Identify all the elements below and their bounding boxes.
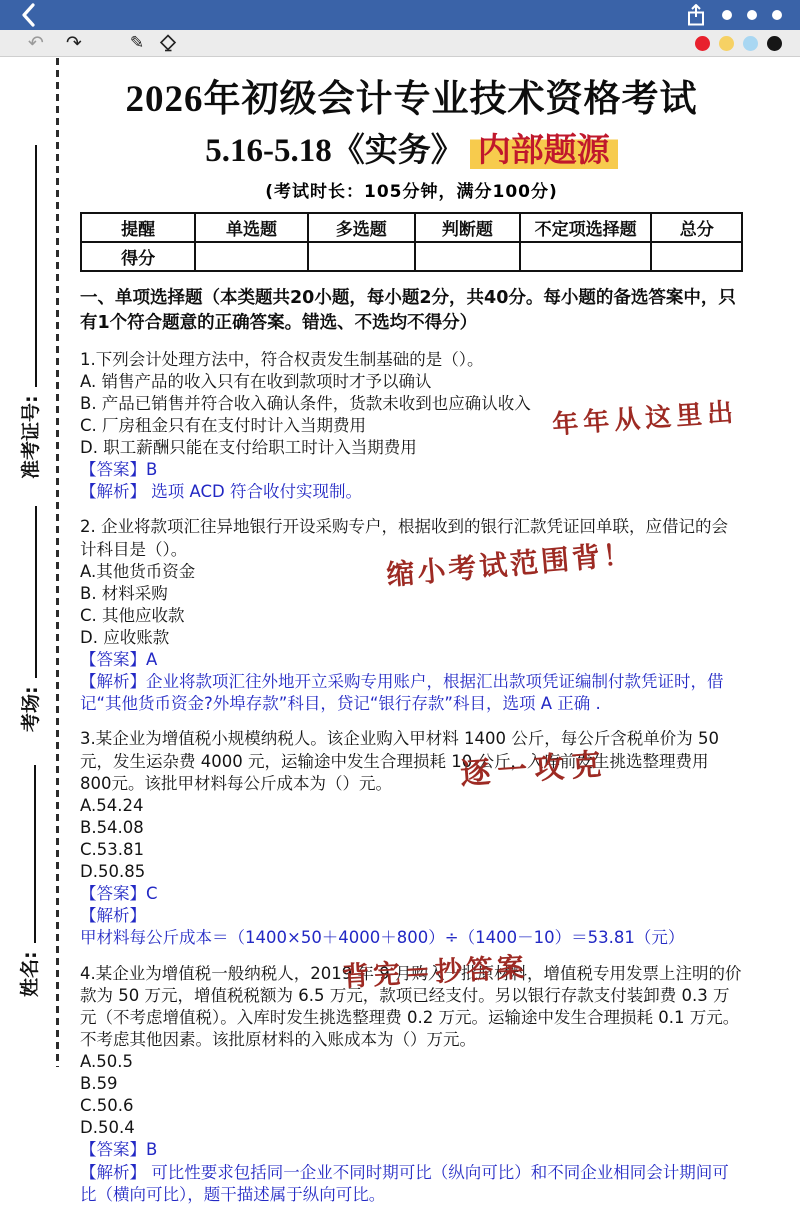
margin-field-name: 姓名: xyxy=(15,741,41,997)
exam-duration-note: (考试时长：105分钟，满分100分) xyxy=(80,177,743,202)
score-cell xyxy=(520,242,652,271)
dashed-cut-line xyxy=(56,58,59,1067)
name-blank xyxy=(21,765,36,943)
question-stem: 3.某企业为增值税小规模纳税人。该企业购入甲材料 1400 公斤，每公斤含税单价… xyxy=(80,728,743,794)
analysis-line: 【解析】企业将款项汇往外地开立采购专用账户，根据汇出款项凭证编制付款凭证时，借记… xyxy=(80,671,743,715)
score-table-header-row: 提醒 单选题 多选题 判断题 不定项选择题 总分 xyxy=(81,213,742,242)
answer-label: 【答案】 xyxy=(80,650,146,669)
share-button[interactable] xyxy=(685,3,707,27)
margin-field-exam-room: 考场: xyxy=(16,480,42,732)
analysis-text: 企业将款项汇往外地开立采购专用账户，根据汇出款项凭证编制付款凭证时，借记“其他货… xyxy=(80,672,724,713)
exam-title: 2026年初级会计专业技术资格考试 xyxy=(80,68,743,122)
option-c: C. 其他应收款 xyxy=(80,605,743,627)
name-label: 姓名: xyxy=(15,951,42,997)
page-dot-3[interactable] xyxy=(772,10,782,20)
analysis-label: 【解析】 xyxy=(80,672,146,691)
option-b: B.54.08 xyxy=(80,817,743,839)
exam-number-blank xyxy=(22,145,37,387)
option-d: D. 职工薪酬只能在支付给职工时计入当期费用 xyxy=(80,437,743,459)
section-heading: 一、单项选择题（本类题共20小题，每小题2分，共40分。每小题的备选答案中，只有… xyxy=(80,286,743,336)
analysis-label: 【解析】 xyxy=(80,482,146,501)
color-swatch-blue[interactable] xyxy=(743,36,758,51)
answer-value: B xyxy=(146,460,157,479)
score-header-indefinite: 不定项选择题 xyxy=(520,213,652,242)
exam-number-label: 准考证号: xyxy=(16,395,43,479)
back-button[interactable] xyxy=(20,3,36,27)
eraser-tool-button[interactable] xyxy=(158,30,178,57)
color-swatch-black[interactable] xyxy=(767,36,782,51)
app-title-bar xyxy=(0,0,800,30)
answer-label: 【答案】 xyxy=(80,460,146,479)
exam-room-blank xyxy=(22,506,37,678)
option-c: C.53.81 xyxy=(80,839,743,861)
option-d: D. 应收账款 xyxy=(80,627,743,649)
page-dot-1[interactable] xyxy=(722,10,732,20)
score-cell xyxy=(308,242,415,271)
analysis-line: 【解析】 选项 ACD 符合收付实现制。 xyxy=(80,481,743,503)
margin-field-exam-number: 准考证号: xyxy=(16,107,42,479)
exam-document-page: 准考证号: 考场: 姓名: 2026年初级会计专业技术资格考试 5.16-5.1… xyxy=(0,58,800,1067)
exam-subtitle: 5.16-5.18《实务》内部题源 xyxy=(80,124,743,171)
option-d: D.50.85 xyxy=(80,861,743,883)
exam-date-subject: 5.16-5.18《实务》 xyxy=(205,133,464,169)
color-swatch-red[interactable] xyxy=(695,36,710,51)
score-header-single: 单选题 xyxy=(195,213,307,242)
question-stem: 1.下列会计处理方法中，符合权责发生制基础的是（）。 xyxy=(80,349,743,371)
score-row-label: 得分 xyxy=(81,242,195,271)
analysis-text: 选项 ACD 符合收付实现制。 xyxy=(146,482,362,501)
answer-value: C xyxy=(146,884,158,903)
annotation-toolbar: ↶ ↷ ✎ xyxy=(0,30,800,57)
question-3: 3.某企业为增值税小规模纳税人。该企业购入甲材料 1400 公斤，每公斤含税单价… xyxy=(80,728,743,949)
score-header-multi: 多选题 xyxy=(308,213,415,242)
question-2: 2. 企业将款项汇往异地银行开设采购专户，根据收到的银行汇款凭证回单联，应借记的… xyxy=(80,516,743,715)
chevron-left-icon xyxy=(20,3,36,27)
score-cell xyxy=(651,242,742,271)
score-header-total: 总分 xyxy=(651,213,742,242)
answer-line: 【答案】A xyxy=(80,649,743,671)
option-a: A.54.24 xyxy=(80,795,743,817)
score-table-score-row: 得分 xyxy=(81,242,742,271)
page-dot-2[interactable] xyxy=(747,10,757,20)
redo-button[interactable]: ↷ xyxy=(66,30,82,57)
eraser-icon xyxy=(158,33,178,53)
exam-room-label: 考场: xyxy=(16,686,43,732)
pencil-tool-button[interactable]: ✎ xyxy=(130,30,144,57)
option-a: A.50.5 xyxy=(80,1051,743,1067)
answer-line: 【答案】C xyxy=(80,883,743,905)
analysis-label: 【解析】 xyxy=(80,906,146,925)
score-header-reminder: 提醒 xyxy=(81,213,195,242)
analysis-line: 【解析】甲材料每公斤成本＝（1400×50＋4000＋800）÷（1400－10… xyxy=(80,905,743,949)
analysis-text: 甲材料每公斤成本＝（1400×50＋4000＋800）÷（1400－10）＝53… xyxy=(80,928,684,947)
answer-line: 【答案】B xyxy=(80,459,743,481)
score-table: 提醒 单选题 多选题 判断题 不定项选择题 总分 得分 xyxy=(80,212,743,272)
share-icon xyxy=(685,3,707,27)
option-a: A. 销售产品的收入只有在收到款项时才予以确认 xyxy=(80,371,743,393)
answer-label: 【答案】 xyxy=(80,884,146,903)
answer-value: A xyxy=(146,650,157,669)
score-cell xyxy=(195,242,307,271)
score-cell xyxy=(415,242,520,271)
score-header-judge: 判断题 xyxy=(415,213,520,242)
color-swatch-yellow[interactable] xyxy=(719,36,734,51)
undo-button[interactable]: ↶ xyxy=(28,30,44,57)
internal-source-badge: 内部题源 xyxy=(470,133,618,169)
